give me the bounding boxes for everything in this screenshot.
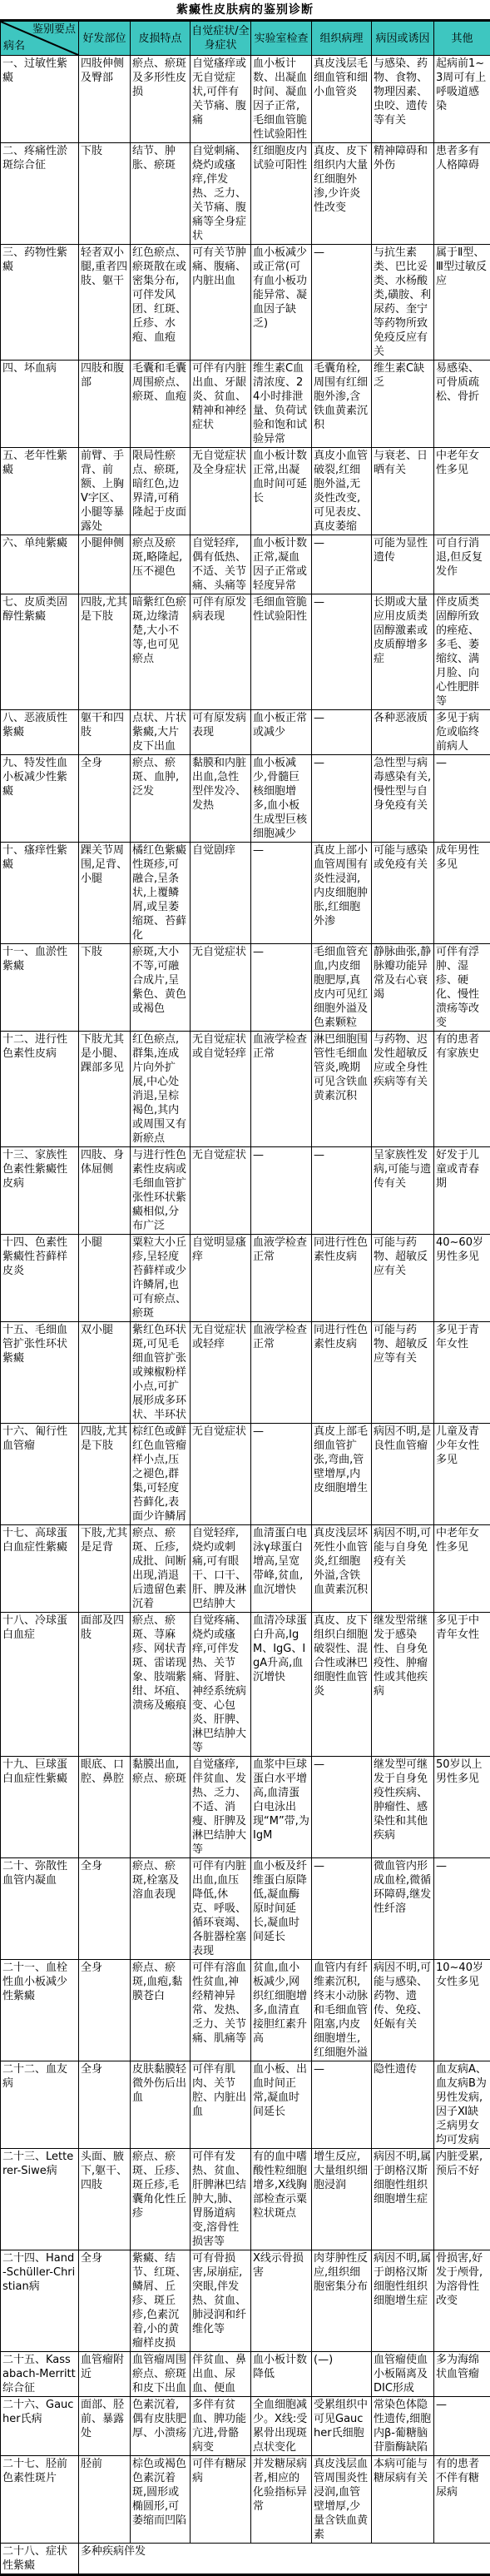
- table-header: 鉴别要点 病名 好发部位 皮损特点 自觉症状/全身症状 实验室检查 组织病理 病…: [1, 21, 490, 56]
- other-cell: 可伴有浮肿、湿疹、硬化、慢性溃疡等改变: [434, 944, 490, 1032]
- symptoms-cell: 无自觉症状或自觉轻痒: [191, 1032, 251, 1147]
- symptoms-cell: 可伴有肌肉、关节腔、内脏出血: [191, 2061, 251, 2149]
- symptoms-cell: 无自觉症状: [191, 1424, 251, 1525]
- cause-cell: 与感染、药物、食物、物理因素、虫咬、遗传等有关: [372, 56, 434, 143]
- table-row: 十九、巨球蛋白血症性紫癜眼底、口腔、鼻腔黏膜出血,瘀点、瘀斑自觉瘙痒,伴贫血、发…: [1, 1757, 490, 1858]
- site-cell: 小腿伸侧: [79, 535, 131, 594]
- lab-cell: 血小板减少,骨髓巨核细胞增多,血小板生成型巨核细胞减少: [251, 755, 312, 843]
- lesion-cell: 毛囊和毛囊周围瘀点、瘀斑、血疱: [131, 361, 191, 448]
- pathology-cell: 真皮上部小血管周围有炎性浸润,内皮细胞肿胀,红细胞外渗: [312, 843, 372, 944]
- table-row: 三、药物性紫癜轻者双小腿,重者四肢、躯干红色瘀点、瘀斑散在或密集分布,可伴发风团…: [1, 245, 490, 361]
- disease-name-cell: 二十四、Hand-Schüller-Christian病: [1, 2250, 79, 2352]
- site-cell: 前臂、手背、前额、上胸V字区、小腿等暴露处: [79, 448, 131, 535]
- symptoms-cell: 可有原发病表现: [191, 710, 251, 755]
- lab-cell: 血清冷球蛋白升高,IgM、IgG、IgA升高,血沉增快: [251, 1613, 312, 1757]
- document-page: 紫癜性皮肤病的鉴别诊断 鉴别要点 病名 好发部位 皮损特点: [0, 2, 490, 2576]
- cause-cell: 病因不明,可能与感染、药物、遗传、免疫、妊娠有关: [372, 1960, 434, 2061]
- site-cell: 全身: [79, 1960, 131, 2061]
- lab-cell: 血小板计数、出凝血时间、凝血因子正常,毛细血管脆性试验阳性: [251, 56, 312, 143]
- lesion-cell: 棕红色或鲜红色血管瘤样小点,压之褪色,群集,可轻度苔藓化,表面少许鳞屑: [131, 1424, 191, 1525]
- lesion-cell: 瘀斑,大小不等,可融合成片,呈紫色、黄色或褐色: [131, 944, 191, 1032]
- symptoms-cell: 可伴有糖尿病: [191, 2456, 251, 2544]
- cause-cell: 各种恶液质: [372, 710, 434, 755]
- symptoms-cell: 自觉明显瘙痒: [191, 1235, 251, 1322]
- other-cell: 起病前1~3周可有上呼吸道感染: [434, 56, 490, 143]
- table-row: 二十、弥散性血管内凝血全身瘀点、瘀斑,栓塞及溶血表现可伴有内脏出血,血压降低,休…: [1, 1858, 490, 1960]
- cause-cell: 常染色体隐性遗传,细胞内β-葡糖脑苷脂酶缺陷: [372, 2397, 434, 2456]
- table-row: 二十二、血友病全身皮肤黏膜轻微外伤后出血可伴有肌肉、关节腔、内脏出血血小板、出血…: [1, 2061, 490, 2149]
- symptoms-cell: 无自觉症状及全身症状: [191, 448, 251, 535]
- pathology-cell: —: [312, 710, 372, 755]
- cause-cell: 病因不明,可能与自身免疫有关: [372, 1525, 434, 1613]
- symptoms-cell: 自觉瘙痒或无自觉症状,可伴有关节痛、腹痛: [191, 56, 251, 143]
- table-row: 十六、匍行性血管瘤四肢,尤其是下肢棕红色或鲜红色血管瘤样小点,压之褪色,群集,可…: [1, 1424, 490, 1525]
- merged-note-cell: 多种疾病伴发: [79, 2544, 490, 2575]
- other-cell: 10~40岁女性多见: [434, 1960, 490, 2061]
- column-header-lesion: 皮损特点: [131, 21, 191, 56]
- cause-cell: 血管瘤使血小板隔离及DIC形成: [372, 2352, 434, 2397]
- table-row: 十五、毛细血管扩张性环状紫癜双小腿紫红色环状斑,可见毛细血管扩张或辣椒粉样小点,…: [1, 1322, 490, 1424]
- cause-cell: 急性型与病毒感染有关,慢性型与自身免疫有关: [372, 755, 434, 843]
- lab-cell: 贫血,血小板减少,网织红细胞增多,血清直接胆红素升高: [251, 1960, 312, 2061]
- lab-cell: 全血细胞减少。X线:受累骨出现斑点状变化: [251, 2397, 312, 2456]
- lesion-cell: 瘀点及瘀斑,略隆起,压不褪色: [131, 535, 191, 594]
- pathology-cell: —: [312, 1858, 372, 1960]
- pathology-cell: 真皮浅层毛细血管和细小血管炎: [312, 56, 372, 143]
- disease-name-cell: 四、坏血病: [1, 361, 79, 448]
- lesion-cell: 粟粒大小丘疹,呈轻度苔藓样或少许鳞屑,也可有瘀点、瘀斑: [131, 1235, 191, 1322]
- lab-cell: X线示骨损害: [251, 2250, 312, 2352]
- other-cell: —: [434, 2397, 490, 2456]
- disease-name-cell: 五、老年性紫癜: [1, 448, 79, 535]
- column-header-cause: 病因或诱因: [372, 21, 434, 56]
- disease-name-cell: 二十二、血友病: [1, 2061, 79, 2149]
- lesion-cell: 红色瘀点,群集,连成片向外扩展,中心处消退,呈棕褐色,其内或周围又有新瘀点: [131, 1032, 191, 1147]
- site-cell: 双小腿: [79, 1322, 131, 1424]
- lesion-cell: 紫红色环状斑,可见毛细血管扩张或辣椒粉样小点,可扩展形成多环状、半环状: [131, 1322, 191, 1424]
- disease-name-cell: 二十、弥散性血管内凝血: [1, 1858, 79, 1960]
- lab-cell: —: [251, 944, 312, 1032]
- other-cell: —: [434, 755, 490, 843]
- other-cell: 多见于中青年女性: [434, 1613, 490, 1757]
- pathology-cell: —: [312, 755, 372, 843]
- other-cell: 多见于青年女性: [434, 1322, 490, 1424]
- other-cell: 内脏受累,预后不好: [434, 2149, 490, 2250]
- table-row: 四、坏血病四肢和腹部毛囊和毛囊周围瘀点、瘀斑、血疱可伴有内脏出血、牙龈炎、贫血、…: [1, 361, 490, 448]
- site-cell: 四肢,尤其是下肢: [79, 594, 131, 710]
- symptoms-cell: 可伴有原发病表现: [191, 594, 251, 710]
- pathology-cell: 毛细血管充血,内皮细胞肥厚,真皮内可见红细胞外溢及色素颗粒: [312, 944, 372, 1032]
- pathology-cell: 真皮小血管破裂,红细胞外溢,无炎性改变,可见表皮、真皮萎缩: [312, 448, 372, 535]
- symptoms-cell: 可伴有溶血性贫血,神经精神异常、发热、乏力、关节痛、肌痛等: [191, 1960, 251, 2061]
- cause-cell: 可能与药物、超敏反应等有关: [372, 1322, 434, 1424]
- disease-name-cell: 七、皮质类固醇性紫癜: [1, 594, 79, 710]
- site-cell: 全身: [79, 755, 131, 843]
- other-cell: 骨损害,好发于颅骨,为溶骨性改变: [434, 2250, 490, 2352]
- lesion-cell: 瘀点、瘀斑、血肿,泛发: [131, 755, 191, 843]
- other-cell: 血友病A、血友病B为男性发病,因子Ⅺ缺乏病男女均可发病: [434, 2061, 490, 2149]
- table-row: 二十八、症状性紫癜多种疾病伴发: [1, 2544, 490, 2575]
- pathology-cell: 淋巴细胞围管性毛细血管炎,晚期可见含铁血黄素沉积: [312, 1032, 372, 1147]
- symptoms-cell: 自觉剧痒: [191, 843, 251, 944]
- pathology-cell: 增生反应,大量组织细胞浸润: [312, 2149, 372, 2250]
- cause-cell: 精神障碍和外伤: [372, 143, 434, 245]
- symptoms-cell: 可伴有内脏出血,血压降低,休克、呼吸、循环衰竭、各脏器栓塞表现: [191, 1858, 251, 1960]
- other-cell: 有的患者不伴有糖尿病: [434, 2456, 490, 2544]
- symptoms-cell: 可有骨损害,尿崩症,突眼,伴发热、贫血、肺浸润和纤维化等: [191, 2250, 251, 2352]
- corner-header-cell: 鉴别要点 病名: [1, 21, 79, 56]
- disease-name-cell: 一、过敏性紫癜: [1, 56, 79, 143]
- table-row: 二十三、Letterer-Siwe病头面、腋下,躯干、四肢瘀点、瘀斑、丘疹、斑丘…: [1, 2149, 490, 2250]
- lesion-cell: 瘀点、瘀斑,血疱,黏膜苍白: [131, 1960, 191, 2061]
- lesion-cell: 色素沉着,偶有皮肤肥厚、小溃疡: [131, 2397, 191, 2456]
- cause-cell: 呈家族性发病,可能与遗传有关: [372, 1147, 434, 1235]
- column-header-pathology: 组织病理: [312, 21, 372, 56]
- column-header-site: 好发部位: [79, 21, 131, 56]
- lab-cell: 并发糖尿病者,相应的化验指标异常: [251, 2456, 312, 2544]
- lesion-cell: 暗紫红色瘀斑,边缘清楚,大小不等,也可见瘀点: [131, 594, 191, 710]
- other-cell: 易感染、可骨质疏松、骨折: [434, 361, 490, 448]
- lab-cell: 血液学检查正常: [251, 1032, 312, 1147]
- cause-cell: 可能与感染或免疫有关: [372, 843, 434, 944]
- disease-name-cell: 十七、高球蛋白血症性紫癜: [1, 1525, 79, 1613]
- site-cell: 四肢伸侧及臀部: [79, 56, 131, 143]
- symptoms-cell: 无自觉症状或轻痒: [191, 1322, 251, 1424]
- symptoms-cell: 多伴有贫血、脾功能亢进,骨骼病变: [191, 2397, 251, 2456]
- lesion-cell: 点状、片状紫癜,大片皮下出血: [131, 710, 191, 755]
- lab-cell: 血浆中巨球蛋白水平增高,血清蛋白电泳出现“M”带,为IgM: [251, 1757, 312, 1858]
- disease-name-cell: 十五、毛细血管扩张性环状紫癜: [1, 1322, 79, 1424]
- symptoms-cell: 无自觉症状: [191, 944, 251, 1032]
- disease-name-cell: 十四、色素性紫癜性苔藓样皮炎: [1, 1235, 79, 1322]
- pathology-cell: (—): [312, 2352, 372, 2397]
- site-cell: 小腿: [79, 1235, 131, 1322]
- disease-name-cell: 三、药物性紫癜: [1, 245, 79, 361]
- disease-name-cell: 二十八、症状性紫癜: [1, 2544, 79, 2575]
- cause-cell: 维生素C缺乏: [372, 361, 434, 448]
- cause-cell: 微血管内形成血栓,微循环障碍,继发性纤溶: [372, 1858, 434, 1960]
- site-cell: 全身: [79, 1858, 131, 1960]
- site-cell: 四肢、身体屈侧: [79, 1147, 131, 1235]
- pathology-cell: 血管内有纤维素沉积,终末小动脉和毛细血管阻塞,内皮细胞增生,红细胞外溢: [312, 1960, 372, 2061]
- symptoms-cell: 自觉疼痛、烧灼或瘙痒,可伴发热、关节痛、肾脏、神经系统病变、心包炎、肝脾、淋巴结…: [191, 1613, 251, 1757]
- lab-cell: 血小板、出血时间正常,凝血时间延长: [251, 2061, 312, 2149]
- lesion-cell: 瘀点、瘀斑、丘疹、斑丘疹,毛囊角化性丘疹: [131, 2149, 191, 2250]
- pathology-cell: —: [312, 1147, 372, 1235]
- pathology-cell: —: [312, 594, 372, 710]
- table-row: 二十一、血栓性血小板减少性紫癜全身瘀点、瘀斑,血疱,黏膜苍白可伴有溶血性贫血,神…: [1, 1960, 490, 2061]
- other-cell: 有的患者有家族史: [434, 1032, 490, 1147]
- lab-cell: 血小板计数正常,凝血因子正常或轻度异常: [251, 535, 312, 594]
- other-cell: 成年男性多见: [434, 843, 490, 944]
- symptoms-cell: 自觉轻痒,烧灼或刺痛,可有眼干、口干、肝、脾及淋巴结肿大: [191, 1525, 251, 1613]
- symptoms-cell: 可伴有发热、贫血、肝脾淋巴结肿大,肺、胃肠道病变,溶骨性损害等: [191, 2149, 251, 2250]
- table-row: 十二、进行性色素性皮病下肢尤其是小腿、踝部多见红色瘀点,群集,连成片向外扩展,中…: [1, 1032, 490, 1147]
- site-cell: 眼底、口腔、鼻腔: [79, 1757, 131, 1858]
- table-row: 六、单纯紫癜小腿伸侧瘀点及瘀斑,略隆起,压不褪色自觉轻痒,偶有低热、不适、关节痛…: [1, 535, 490, 594]
- lesion-cell: 棕色或褐色色素沉着斑,圆形或椭圆形,可萎缩而凹陷: [131, 2456, 191, 2544]
- site-cell: 血管瘤附近: [79, 2352, 131, 2397]
- disease-name-cell: 十一、血淤性紫癜: [1, 944, 79, 1032]
- table-row: 十、瘙痒性紫癜踝关节周围,足背、小腿橘红色紫癜性斑疹,可融合,呈条状,上覆鳞屑,…: [1, 843, 490, 944]
- site-cell: 四肢,尤其是下肢: [79, 1424, 131, 1525]
- table-row: 二十六、Gaucher氏病面部、胫前、暴露处色素沉着,偶有皮肤肥厚、小溃疡多伴有…: [1, 2397, 490, 2456]
- disease-name-cell: 二十六、Gaucher氏病: [1, 2397, 79, 2456]
- cause-cell: 病因不明,属于朗格汉斯细胞性组织细胞增生症: [372, 2149, 434, 2250]
- other-cell: 50岁以上男性多见: [434, 1757, 490, 1858]
- pathology-cell: 真皮浅层血管周围炎性浸润,血管壁增厚,少量含铁血黄素: [312, 2456, 372, 2544]
- disease-name-cell: 十八、冷球蛋白血症: [1, 1613, 79, 1757]
- table-row: 十四、色素性紫癜性苔藓样皮炎小腿粟粒大小丘疹,呈轻度苔藓样或少许鳞屑,也可有瘀点…: [1, 1235, 490, 1322]
- site-cell: 躯干和四肢: [79, 710, 131, 755]
- table-row: 九、特发性血小板减少性紫癜全身瘀点、瘀斑、血肿,泛发黏膜和内脏出血,急性型伴发冷…: [1, 755, 490, 843]
- other-cell: 40~60岁男性多见: [434, 1235, 490, 1322]
- other-cell: 中老年女性多见: [434, 1525, 490, 1613]
- symptoms-cell: 无自觉症状: [191, 1147, 251, 1235]
- disease-name-cell: 十三、家族性色素性紫癜性皮病: [1, 1147, 79, 1235]
- lab-cell: 血小板及纤维蛋白原降低,凝血酶原时间延长,凝血时间延长: [251, 1858, 312, 1960]
- other-cell: 多见于病危或临终前病人: [434, 710, 490, 755]
- lesion-cell: 皮肤黏膜轻微外伤后出血: [131, 2061, 191, 2149]
- lesion-cell: 限局性瘀点、瘀斑,暗红色,边界清,可稍隆起于皮面: [131, 448, 191, 535]
- lesion-cell: 与进行性色素性皮病或毛细血管扩张性环状紫癜相似,分布广泛: [131, 1147, 191, 1235]
- corner-label-disease: 病名: [3, 39, 25, 53]
- lesion-cell: 瘀点、瘀斑、荨麻疹、网状青斑、雷诺现象、肢端紫绀、坏疽、溃疡及瘢痕: [131, 1613, 191, 1757]
- pathology-cell: 真皮、皮下组织白细胞破裂性、混合性或淋巴细胞性血管炎: [312, 1613, 372, 1757]
- lesion-cell: 瘀点、瘀斑、丘疹,成批、间断出现,消退后遗留色素沉着: [131, 1525, 191, 1613]
- cause-cell: 继发型可继发于自身免疫性疾病、肿瘤性、感染性和其他疾病: [372, 1757, 434, 1858]
- lesion-cell: 瘀点、瘀斑,栓塞及溶血表现: [131, 1858, 191, 1960]
- column-header-other: 其他: [434, 21, 490, 56]
- table-row: 五、老年性紫癜前臂、手背、前额、上胸V字区、小腿等暴露处限局性瘀点、瘀斑,暗红色…: [1, 448, 490, 535]
- disease-name-cell: 八、恶液质性紫癜: [1, 710, 79, 755]
- column-header-lab: 实验室检查: [251, 21, 312, 56]
- symptoms-cell: 自觉轻痒,偶有低热、不适、关节痛、头痛等: [191, 535, 251, 594]
- pathology-cell: 同进行性色素性皮病: [312, 1322, 372, 1424]
- other-cell: 中老年女性多见: [434, 448, 490, 535]
- page-title: 紫癜性皮肤病的鉴别诊断: [0, 2, 490, 17]
- other-cell: 好发于儿童或青春期: [434, 1147, 490, 1235]
- lesion-cell: 瘀点、瘀斑及多形性皮损: [131, 56, 191, 143]
- pathology-cell: —: [312, 535, 372, 594]
- table-row: 十三、家族性色素性紫癜性皮病四肢、身体屈侧与进行性色素性皮病或毛细血管扩张性环状…: [1, 1147, 490, 1235]
- pathology-cell: 受累组织中可见Gaucher氏细胞: [312, 2397, 372, 2456]
- lesion-cell: 血管瘤周围瘀点、瘀斑和皮下出血: [131, 2352, 191, 2397]
- table-row: 十一、血淤性紫癜下肢瘀斑,大小不等,可融合成片,呈紫色、黄色或褐色无自觉症状—毛…: [1, 944, 490, 1032]
- site-cell: 下肢: [79, 143, 131, 245]
- pathology-cell: —: [312, 2061, 372, 2149]
- table-row: 七、皮质类固醇性紫癜四肢,尤其是下肢暗紫红色瘀斑,边缘清楚,大小不等,也可见瘀点…: [1, 594, 490, 710]
- cause-cell: 与药物、迟发性超敏反应或全身性疾病等有关: [372, 1032, 434, 1147]
- disease-name-cell: 十六、匍行性血管瘤: [1, 1424, 79, 1525]
- lab-cell: 维生素C血清浓度、24小时排泄量、负荷试验和饱和试验异常: [251, 361, 312, 448]
- pathology-cell: —: [312, 1757, 372, 1858]
- site-cell: 下肢尤其是小腿、踝部多见: [79, 1032, 131, 1147]
- table-row: 二十七、胫前色素性斑片胫前棕色或褐色色素沉着斑,圆形或椭圆形,可萎缩而凹陷可伴有…: [1, 2456, 490, 2544]
- other-cell: 属于Ⅱ型、Ⅲ型过敏反应: [434, 245, 490, 361]
- other-cell: 多为海绵状血管瘤: [434, 2352, 490, 2397]
- cause-cell: 本病可能与糖尿病有关: [372, 2456, 434, 2544]
- table-body: 一、过敏性紫癜四肢伸侧及臀部瘀点、瘀斑及多形性皮损自觉瘙痒或无自觉症状,可伴有关…: [1, 56, 490, 2575]
- other-cell: 可自行消退,但反复发作: [434, 535, 490, 594]
- symptoms-cell: 自觉瘙痒,伴贫血、发热、乏力、不适、消瘦、肝脾及淋巴结肿大等: [191, 1757, 251, 1858]
- pathology-cell: 毛囊角栓,周围有红细胞外渗,含铁血黄素沉积: [312, 361, 372, 448]
- cause-cell: 可能为显性遗传: [372, 535, 434, 594]
- pathology-cell: 同进行性色素性皮病: [312, 1235, 372, 1322]
- pathology-cell: 真皮上部毛细血管扩张,弯曲,管壁增厚,内皮细胞增生: [312, 1424, 372, 1525]
- cause-cell: 可能与药物、超敏反应有关: [372, 1235, 434, 1322]
- cause-cell: 病因不明,属于朗格汉斯细胞性组织细胞增生症: [372, 2250, 434, 2352]
- symptoms-cell: 伴贫血、鼻出血、尿血、便血: [191, 2352, 251, 2397]
- symptoms-cell: 自觉刺痛、烧灼或瘙痒,伴发热、乏力、关节痛、腹痛等全身症状: [191, 143, 251, 245]
- site-cell: 全身: [79, 2061, 131, 2149]
- cause-cell: 隐性遗传: [372, 2061, 434, 2149]
- disease-name-cell: 九、特发性血小板减少性紫癜: [1, 755, 79, 843]
- table-row: 一、过敏性紫癜四肢伸侧及臀部瘀点、瘀斑及多形性皮损自觉瘙痒或无自觉症状,可伴有关…: [1, 56, 490, 143]
- site-cell: 轻者双小腿,重者四肢、躯干: [79, 245, 131, 361]
- lab-cell: —: [251, 1424, 312, 1525]
- lab-cell: 血清蛋白电泳γ球蛋白增高,呈宽带峰,贫血,血沉增快: [251, 1525, 312, 1613]
- disease-name-cell: 二十一、血栓性血小板减少性紫癜: [1, 1960, 79, 2061]
- disease-name-cell: 二、疼痛性淤斑综合征: [1, 143, 79, 245]
- other-cell: 患者多有人格障碍: [434, 143, 490, 245]
- table-row: 十八、冷球蛋白血症面部及四肢瘀点、瘀斑、荨麻疹、网状青斑、雷诺现象、肢端紫绀、坏…: [1, 1613, 490, 1757]
- column-header-symptoms: 自觉症状/全身症状: [191, 21, 251, 56]
- cause-cell: 病因不明,是良性血管瘤: [372, 1424, 434, 1525]
- table-row: 八、恶液质性紫癜躯干和四肢点状、片状紫癜,大片皮下出血可有原发病表现血小板正常或…: [1, 710, 490, 755]
- table-row: 二十四、Hand-Schüller-Christian病全身紫癜、结节、红斑、鳞…: [1, 2250, 490, 2352]
- lab-cell: 毛细血管脆性试验阳性: [251, 594, 312, 710]
- symptoms-cell: 可有关节肿痛、腹痛、内脏出血: [191, 245, 251, 361]
- lesion-cell: 结节、肿胀、瘀斑: [131, 143, 191, 245]
- site-cell: 面部及四肢: [79, 1613, 131, 1757]
- cause-cell: 长期或大量应用皮质类固醇激素或皮质醇增多症: [372, 594, 434, 710]
- cause-cell: 与衰老、日晒有关: [372, 448, 434, 535]
- differential-diagnosis-table: 鉴别要点 病名 好发部位 皮损特点 自觉症状/全身症状 实验室检查 组织病理 病…: [0, 19, 490, 2576]
- disease-name-cell: 二十七、胫前色素性斑片: [1, 2456, 79, 2544]
- disease-name-cell: 十二、进行性色素性皮病: [1, 1032, 79, 1147]
- other-cell: —: [434, 1858, 490, 1960]
- lab-cell: 红细胞皮内试验可阳性: [251, 143, 312, 245]
- cause-cell: 继发型常继发于感染性、自身免疫性、肿瘤性或其他疾病: [372, 1613, 434, 1757]
- site-cell: 全身: [79, 2250, 131, 2352]
- pathology-cell: —: [312, 245, 372, 361]
- lab-cell: 血液学检查正常: [251, 1322, 312, 1424]
- lab-cell: 血小板计数降低: [251, 2352, 312, 2397]
- disease-name-cell: 六、单纯紫癜: [1, 535, 79, 594]
- site-cell: 踝关节周围,足背、小腿: [79, 843, 131, 944]
- lab-cell: 血液学检查正常: [251, 1235, 312, 1322]
- table-row: 二十五、Kassabach-Merritt综合征血管瘤附近血管瘤周围瘀点、瘀斑和…: [1, 2352, 490, 2397]
- table-row: 十七、高球蛋白血症性紫癜下肢,尤其是足背瘀点、瘀斑、丘疹,成批、间断出现,消退后…: [1, 1525, 490, 1613]
- site-cell: 四肢和腹部: [79, 361, 131, 448]
- disease-name-cell: 十九、巨球蛋白血症性紫癜: [1, 1757, 79, 1858]
- lesion-cell: 黏膜出血,瘀点、瘀斑: [131, 1757, 191, 1858]
- disease-name-cell: 二十三、Letterer-Siwe病: [1, 2149, 79, 2250]
- lab-cell: 血小板正常或减少: [251, 710, 312, 755]
- site-cell: 下肢,尤其是足背: [79, 1525, 131, 1613]
- lab-cell: 血小板减少或正常(可有血小板功能异常、凝血因子缺乏): [251, 245, 312, 361]
- lab-cell: 有的血中嗜酸性粒细胞增多,X线胸部检查示粟粒状斑点: [251, 2149, 312, 2250]
- corner-label-criteria: 鉴别要点: [32, 22, 76, 37]
- site-cell: 头面、腋下,躯干、四肢: [79, 2149, 131, 2250]
- cause-cell: 与抗生素类、巴比妥类、水杨酸类,磺胺、利尿药、奎宁等药物所致免疫反应有关: [372, 245, 434, 361]
- disease-name-cell: 二十五、Kassabach-Merritt综合征: [1, 2352, 79, 2397]
- pathology-cell: 肉芽肿性反应,组织细胞密集分布: [312, 2250, 372, 2352]
- table-row: 二、疼痛性淤斑综合征下肢结节、肿胀、瘀斑自觉刺痛、烧灼或瘙痒,伴发热、乏力、关节…: [1, 143, 490, 245]
- lab-cell: —: [251, 1147, 312, 1235]
- other-cell: 伴皮质类固醇所致的痤疮、多毛、萎缩纹、满月脸、向心性肥胖等: [434, 594, 490, 710]
- lesion-cell: 紫癜、结节、红斑、鳞屑、丘疹、斑丘疹,色素沉着,小的黄瘤样皮损: [131, 2250, 191, 2352]
- pathology-cell: 真皮浅层坏死性小血管炎,红细胞外溢,含铁血黄素沉积: [312, 1525, 372, 1613]
- cause-cell: 静脉曲张,静脉瓣功能异常及右心衰竭: [372, 944, 434, 1032]
- disease-name-cell: 十、瘙痒性紫癜: [1, 843, 79, 944]
- site-cell: 下肢: [79, 944, 131, 1032]
- site-cell: 面部、胫前、暴露处: [79, 2397, 131, 2456]
- lesion-cell: 橘红色紫癜性斑疹,可融合,呈条状,上覆鳞屑,或呈萎缩斑、苔藓化: [131, 843, 191, 944]
- symptoms-cell: 可伴有内脏出血、牙龈炎、贫血、精神和神经症状: [191, 361, 251, 448]
- site-cell: 胫前: [79, 2456, 131, 2544]
- lab-cell: 血小板计数正常,出凝血时间可延长: [251, 448, 312, 535]
- lesion-cell: 红色瘀点、瘀斑散在或密集分布,可伴发风团、红斑、丘疹、水疱、血疱: [131, 245, 191, 361]
- other-cell: 儿童及青少年女性多见: [434, 1424, 490, 1525]
- lab-cell: —: [251, 843, 312, 944]
- symptoms-cell: 黏膜和内脏出血,急性型伴发冷、发热: [191, 755, 251, 843]
- pathology-cell: 真皮、皮下组织内大量红细胞外渗,少许炎性改变: [312, 143, 372, 245]
